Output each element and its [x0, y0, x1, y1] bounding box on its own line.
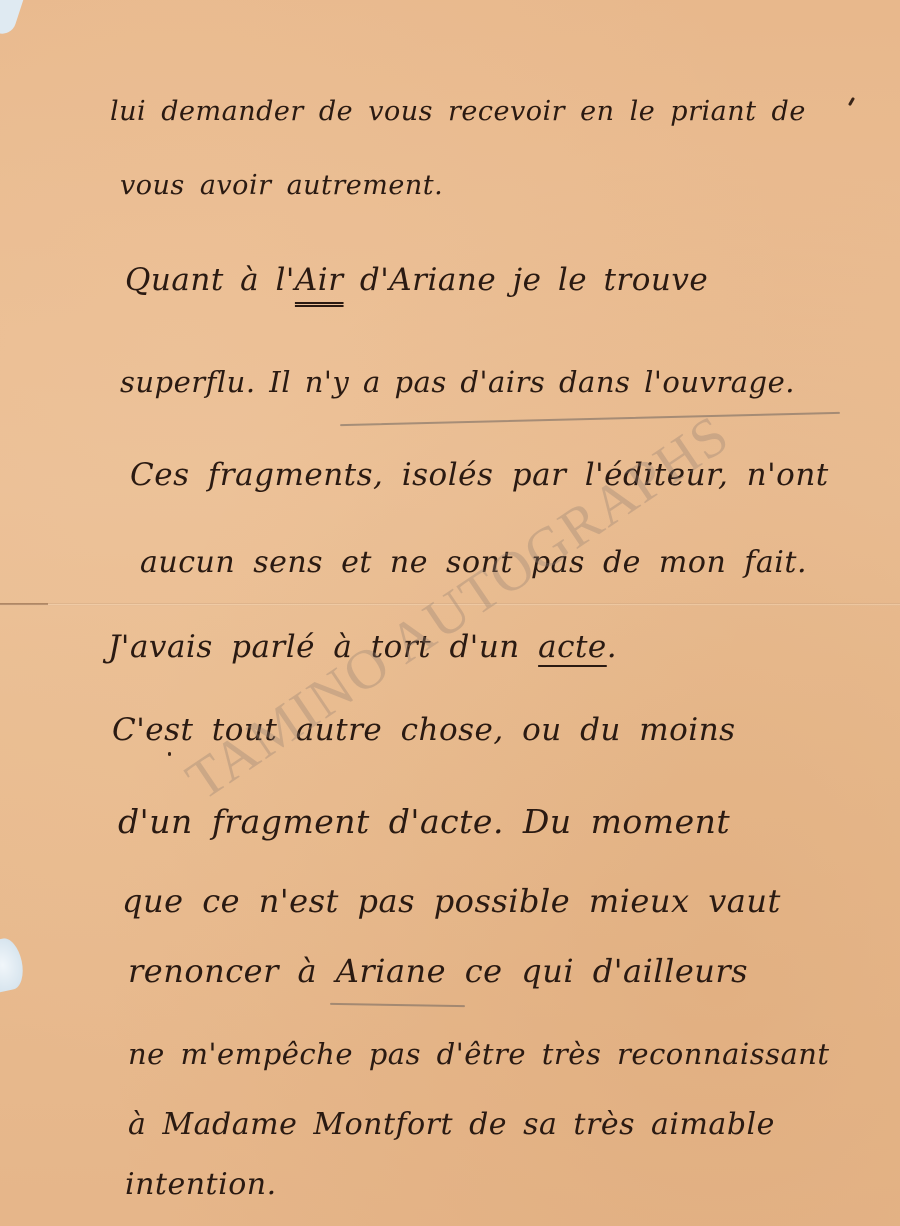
underlined-acte: acte [538, 629, 607, 665]
letter-line-12: ne m'empêche pas d'être très reconnaissa… [128, 1040, 830, 1069]
letter-line-14: intention. [125, 1170, 277, 1200]
letter-line-9: d'un fragment d'acte. Du moment [118, 805, 730, 838]
line-3-start: Quant à l' [125, 262, 295, 298]
letter-line-11: renoncer à Ariane ce qui d'ailleurs [128, 955, 748, 987]
torn-corner [0, 0, 23, 37]
line-3-end: d'Ariane je le trouve [344, 262, 709, 298]
word-ariane: Ariane [336, 952, 446, 990]
letter-line-6: aucun sens et ne sont pas de mon fait. [140, 548, 807, 578]
letter-line-13: à Madame Montfort de sa très aimable [128, 1110, 775, 1140]
letter-page: lui demander de vous recevoir en le pria… [0, 0, 900, 1226]
underlined-air: Air [295, 262, 344, 298]
letter-line-1: lui demander de vous recevoir en le pria… [110, 98, 806, 125]
line-11-start: renoncer à [128, 952, 336, 990]
letter-line-2: vous avoir autrement. [120, 172, 443, 199]
letter-line-3: Quant à l'Air d'Ariane je le trouve [125, 265, 708, 296]
line-7-start: J'avais parlé à tort d'un [108, 629, 538, 665]
fold-crease [0, 603, 48, 605]
paper-fold [0, 603, 900, 606]
letter-line-5: Ces fragments, isolés par l'éditeur, n'o… [130, 460, 829, 491]
ink-speck [168, 752, 171, 756]
ink-speck [848, 97, 855, 106]
line-11-end: ce qui d'ailleurs [446, 952, 748, 990]
letter-line-7: J'avais parlé à tort d'un acte. [108, 632, 617, 663]
edge-tear [0, 936, 27, 993]
letter-line-10: que ce n'est pas possible mieux vaut [122, 885, 781, 917]
letter-line-4: superflu. Il n'y a pas d'airs dans l'ouv… [120, 368, 795, 397]
letter-line-8: C'est tout autre chose, ou du moins [112, 715, 736, 746]
pencil-underline [340, 412, 840, 426]
line-7-end: . [607, 629, 617, 665]
pencil-underline-ariane [330, 1003, 465, 1007]
